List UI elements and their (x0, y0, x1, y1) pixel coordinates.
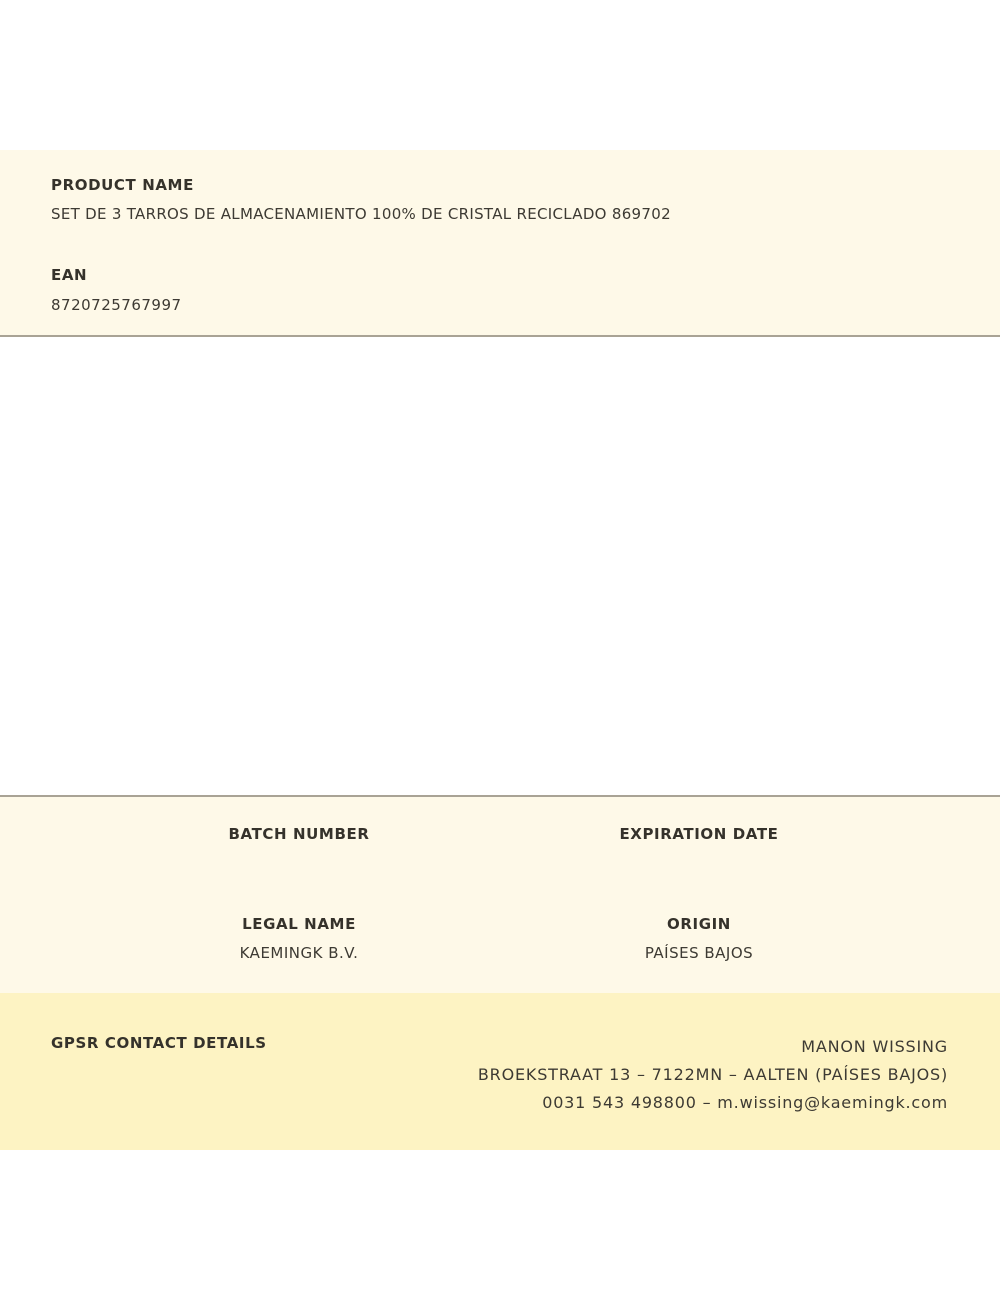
ean-value: 8720725767997 (51, 296, 182, 314)
product-name-label: PRODUCT NAME (51, 176, 194, 194)
ean-label: EAN (51, 266, 87, 284)
gpsr-contact-phone-email: 0031 543 498800 – m.wissing@kaemingk.com (478, 1089, 948, 1117)
gpsr-contact-section: GPSR CONTACT DETAILS MANON WISSING BROEK… (0, 993, 1000, 1150)
batch-number-label: BATCH NUMBER (99, 825, 499, 843)
product-name-value: SET DE 3 TARROS DE ALMACENAMIENTO 100% D… (51, 205, 671, 223)
gpsr-contact-address: BROEKSTRAAT 13 – 7122MN – AALTEN (PAÍSES… (478, 1061, 948, 1089)
legal-name-label: LEGAL NAME (99, 915, 499, 933)
gpsr-contact-label: GPSR CONTACT DETAILS (51, 1034, 267, 1052)
origin-cell: ORIGIN PAÍSES BAJOS (499, 915, 899, 962)
expiration-date-label: EXPIRATION DATE (499, 825, 899, 843)
expiration-date-cell: EXPIRATION DATE (499, 825, 899, 854)
origin-label: ORIGIN (499, 915, 899, 933)
batch-number-cell: BATCH NUMBER (99, 825, 499, 854)
gpsr-contact-name: MANON WISSING (478, 1033, 948, 1061)
batch-details-section: BATCH NUMBER EXPIRATION DATE LEGAL NAME … (0, 795, 1000, 995)
product-info-section: PRODUCT NAME SET DE 3 TARROS DE ALMACENA… (0, 150, 1000, 337)
legal-name-cell: LEGAL NAME KAEMINGK B.V. (99, 915, 499, 962)
legal-name-value: KAEMINGK B.V. (99, 944, 499, 962)
origin-value: PAÍSES BAJOS (499, 944, 899, 962)
gpsr-contact-block: MANON WISSING BROEKSTRAAT 13 – 7122MN – … (478, 1033, 948, 1117)
